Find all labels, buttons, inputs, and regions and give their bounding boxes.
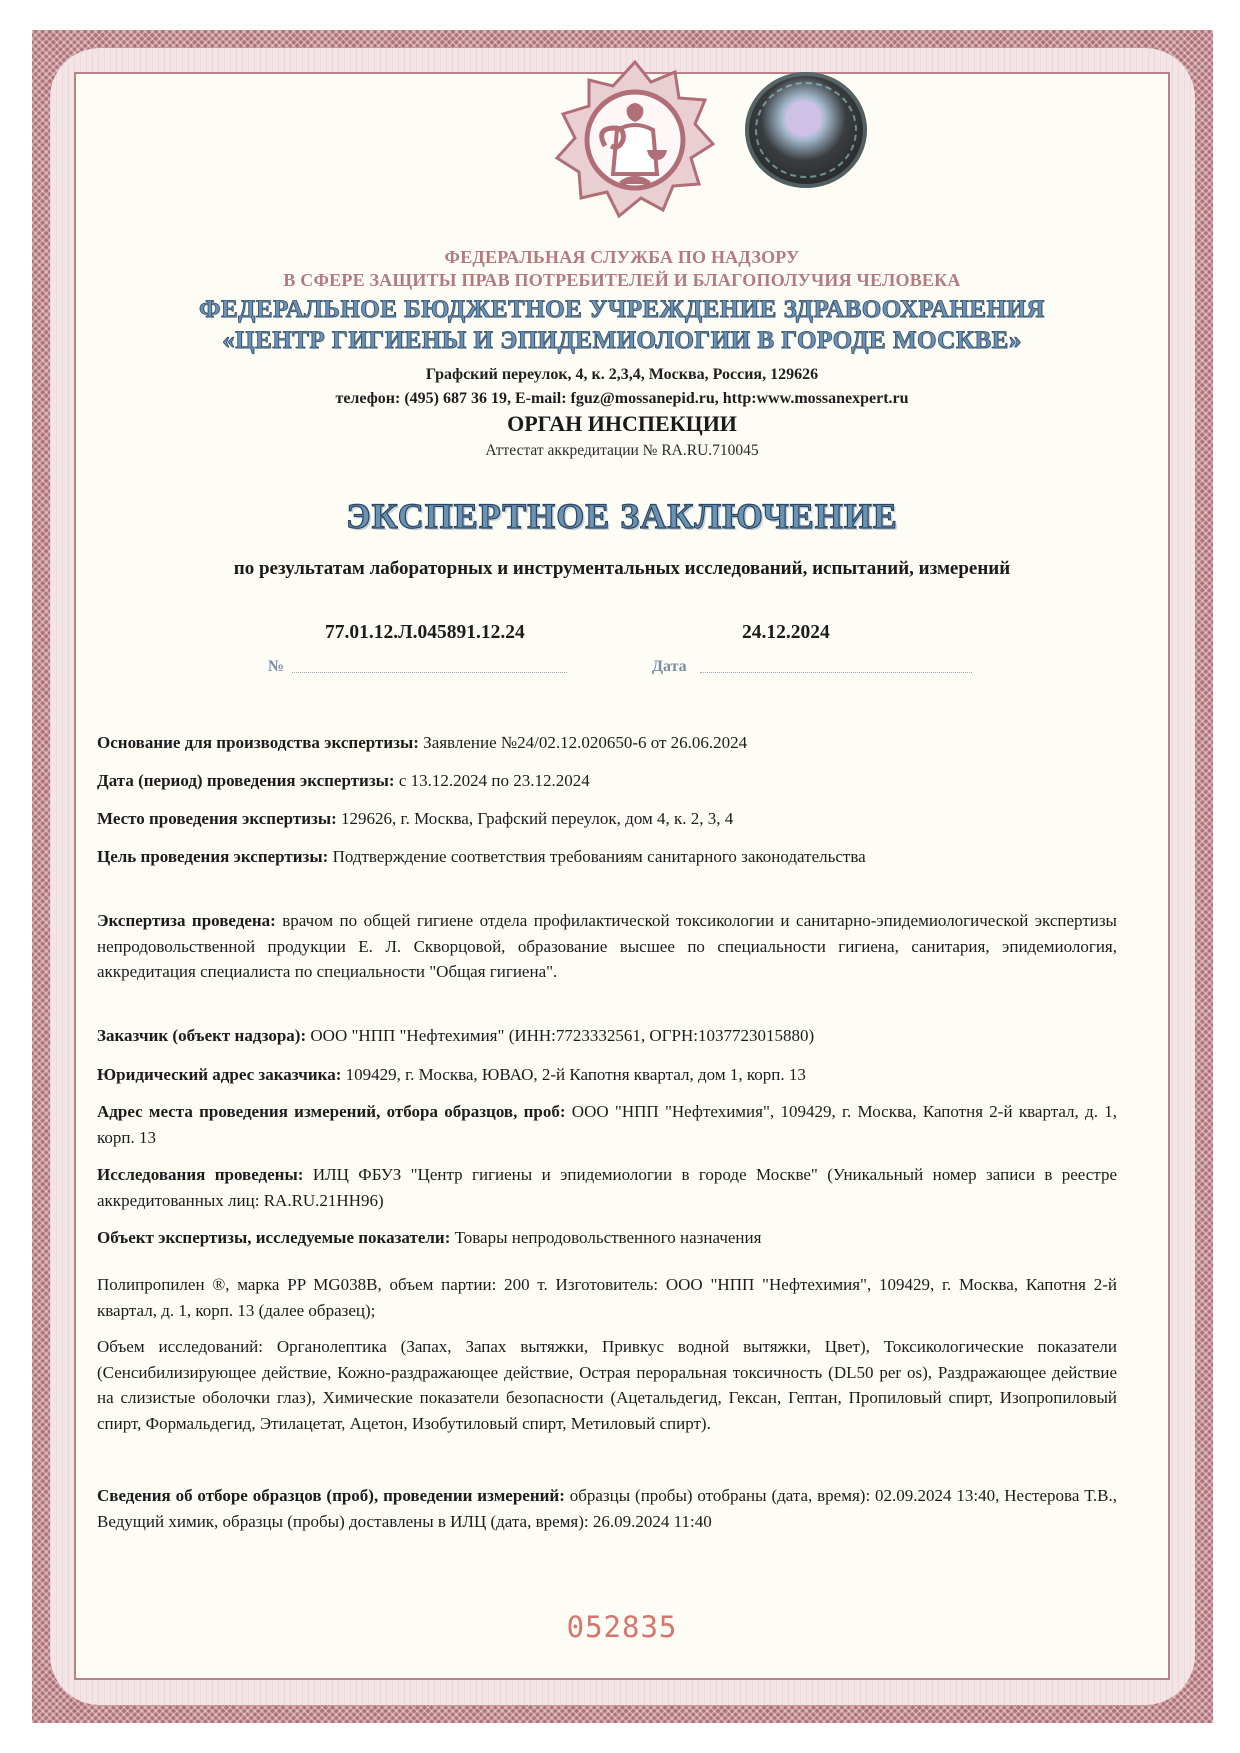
field-value: Заявление №24/02.12.020650-6 от 26.06.20… [419, 733, 747, 752]
date-underline [700, 672, 972, 673]
field-value: Подтверждение соответствия требованиям с… [328, 847, 865, 866]
institution-contacts: телефон: (495) 687 36 19, E-mail: fguz@m… [74, 390, 1170, 408]
field-place: Место проведения экспертизы: 129626, г. … [97, 806, 1117, 832]
hologram-seal-icon [745, 72, 867, 188]
sampling-info: Сведения об отборе образцов (проб), пров… [97, 1483, 1117, 1534]
field-label: Юридический адрес заказчика: [97, 1065, 341, 1084]
institution-line2: «ЦЕНТР ГИГИЕНЫ И ЭПИДЕМИОЛОГИИ В ГОРОДЕ … [74, 327, 1170, 355]
field-label: Экспертиза проведена: [97, 911, 276, 930]
inspection-body-name: ОРГАН ИНСПЕКЦИИ [74, 411, 1170, 437]
field-label: Место проведения экспертизы: [97, 809, 337, 828]
federal-service-line2: В СФЕРЕ ЗАЩИТЫ ПРАВ ПОТРЕБИТЕЛЕЙ И БЛАГО… [74, 270, 1170, 291]
field-value: с 13.12.2024 по 23.12.2024 [395, 771, 590, 790]
field-measurement-address: Адрес места проведения измерений, отбора… [97, 1099, 1117, 1150]
product-paragraph: Полипропилен ®, марка PP MG038B, объем п… [97, 1272, 1117, 1323]
field-basis: Основание для производства экспертизы: З… [97, 730, 1117, 756]
document-number: 77.01.12.Л.045891.12.24 [325, 622, 525, 644]
institution-address: Графский переулок, 4, к. 2,3,4, Москва, … [74, 366, 1170, 384]
field-value: ООО "НПП "Нефтехимия" (ИНН:7723332561, О… [306, 1026, 814, 1045]
field-label: Сведения об отборе образцов (проб), пров… [97, 1486, 565, 1505]
institution-line1: ФЕДЕРАЛЬНОЕ БЮДЖЕТНОЕ УЧРЕЖДЕНИЕ ЗДРАВОО… [74, 296, 1170, 324]
date-label: Дата [652, 658, 687, 676]
field-label: Основание для производства экспертизы: [97, 733, 419, 752]
scope-paragraph: Объем исследований: Органолептика (Запах… [97, 1334, 1117, 1436]
field-label: Цель проведения экспертизы: [97, 847, 328, 866]
document-subtitle: по результатам лабораторных и инструмент… [74, 558, 1170, 580]
field-label: Дата (период) проведения экспертизы: [97, 771, 395, 790]
field-object: Объект экспертизы, исследуемые показател… [97, 1225, 1117, 1251]
form-serial-number: 052835 [74, 1610, 1170, 1644]
field-expert: Экспертиза проведена: врачом по общей ги… [97, 908, 1117, 985]
field-purpose: Цель проведения экспертизы: Подтверждени… [97, 844, 1117, 870]
number-underline [292, 672, 567, 673]
document-date: 24.12.2024 [742, 622, 830, 644]
research-scope: Объем исследований: Органолептика (Запах… [97, 1334, 1117, 1436]
field-label: Заказчик (объект надзора): [97, 1026, 306, 1045]
field-value: 109429, г. Москва, ЮВАО, 2-й Капотня ква… [341, 1065, 805, 1084]
federal-service-line1: ФЕДЕРАЛЬНАЯ СЛУЖБА ПО НАДЗОРУ [74, 247, 1170, 268]
field-value: Товары непродовольственного назначения [450, 1228, 761, 1247]
product-description: Полипропилен ®, марка PP MG038B, объем п… [97, 1272, 1117, 1323]
field-period: Дата (период) проведения экспертизы: с 1… [97, 768, 1117, 794]
field-label: Исследования проведены: [97, 1165, 303, 1184]
accreditation-certificate: Аттестат аккредитации № RA.RU.710045 [74, 442, 1170, 460]
document-title: ЭКСПЕРТНОЕ ЗАКЛЮЧЕНИЕ [74, 495, 1170, 537]
field-label: Объект экспертизы, исследуемые показател… [97, 1228, 450, 1247]
number-label: № [268, 658, 284, 676]
field-laboratory: Исследования проведены: ИЛЦ ФБУЗ "Центр … [97, 1162, 1117, 1213]
field-legal-address: Юридический адрес заказчика: 109429, г. … [97, 1062, 1117, 1088]
hygieia-emblem-icon [555, 60, 715, 220]
field-value: 129626, г. Москва, Графский переулок, до… [337, 809, 734, 828]
field-customer: Заказчик (объект надзора): ООО "НПП "Неф… [97, 1023, 1117, 1049]
field-label: Адрес места проведения измерений, отбора… [97, 1102, 566, 1121]
